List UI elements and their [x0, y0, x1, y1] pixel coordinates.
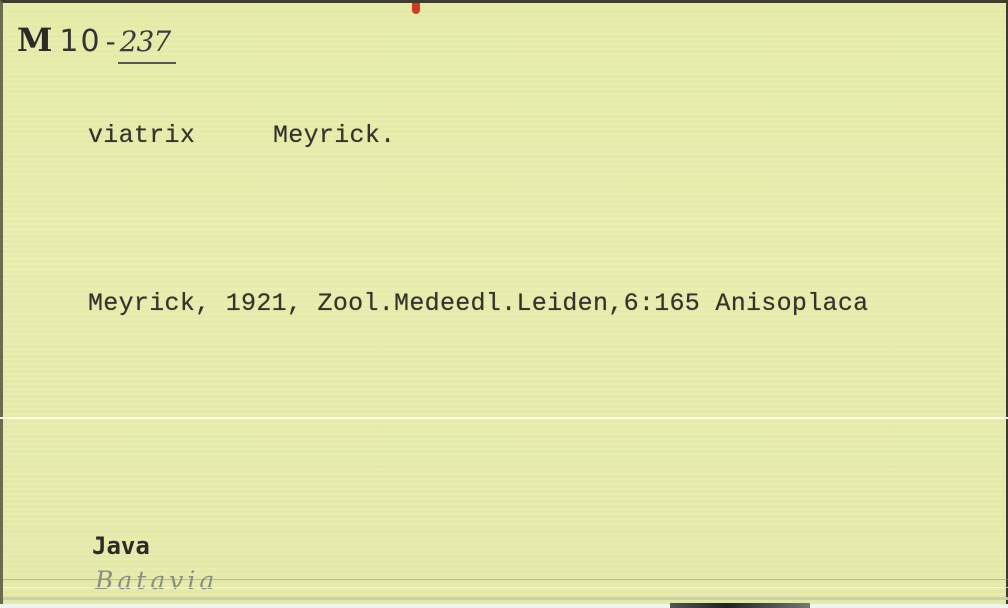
catalog-separator: - — [106, 25, 116, 58]
index-card: M 10 - 237 viatrix Meyrick. Meyrick, 192… — [0, 0, 1008, 604]
red-tab-marker — [412, 3, 420, 14]
catalog-handwritten-number: 237 — [118, 25, 176, 64]
card-rule-line — [3, 597, 1008, 600]
locality-handwritten: Batavia — [95, 566, 218, 595]
catalog-prefix: M — [17, 21, 51, 59]
card-rule-line — [3, 579, 1008, 580]
locality-typed: Java — [92, 532, 150, 560]
catalog-number: M 10 - 237 — [17, 21, 176, 64]
species-name: viatrix — [88, 121, 195, 150]
catalog-series: 10 — [59, 24, 101, 59]
bibliographic-citation: Meyrick, 1921, Zool.Medeedl.Leiden,6:165… — [88, 289, 868, 318]
card-edge-shadow — [670, 603, 810, 608]
scan-artifact-line — [0, 417, 1008, 419]
species-author: Meyrick. — [273, 121, 395, 150]
card-rule-line — [3, 587, 1008, 588]
